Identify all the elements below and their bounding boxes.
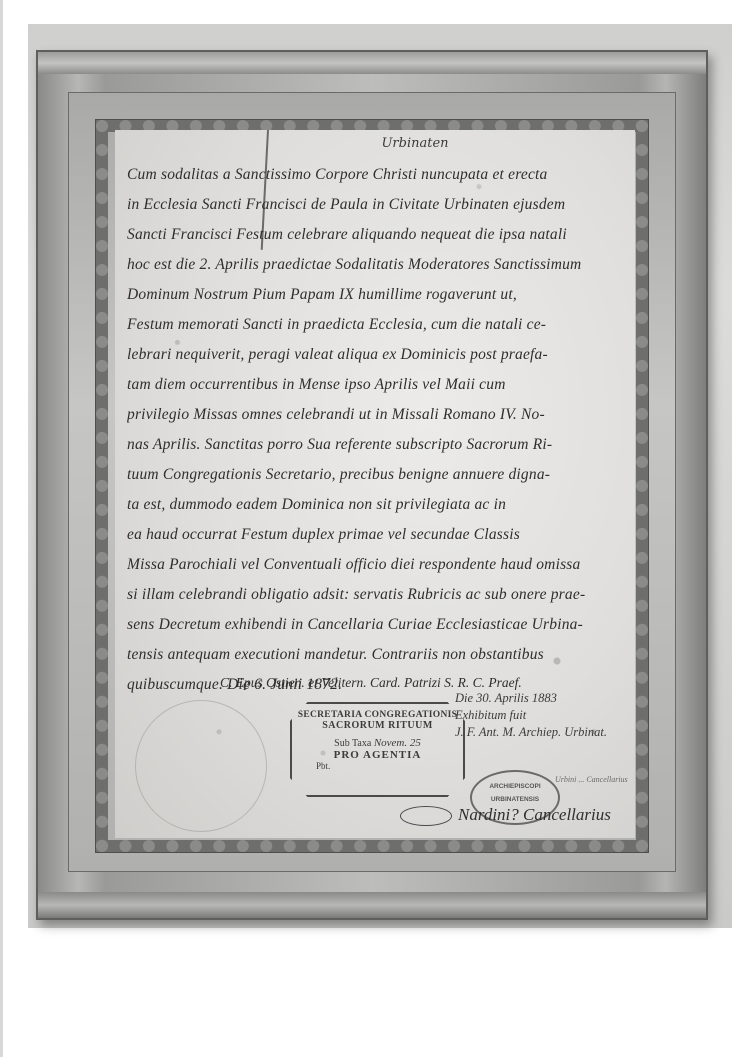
frame-bottom-molding <box>38 892 706 918</box>
frame-top-molding <box>38 52 706 74</box>
text-line: privilegio Missas omnes celebrandi ut in… <box>127 400 625 430</box>
document-heading: Urbinaten <box>115 136 635 151</box>
text-line: Festum memorati Sancti in praedicta Eccl… <box>127 310 625 340</box>
annotation-text: Exhibitum fuit <box>455 707 607 724</box>
text-line: Sancti Francisci Festum celebrare aliqua… <box>127 220 625 250</box>
signature-flourish-icon <box>400 806 452 826</box>
stamp-line-5: Pbt. <box>292 761 463 771</box>
faint-chancery-note: Urbini ... Cancellarius <box>555 775 628 784</box>
stamp-tax-label: Sub Taxa <box>334 738 371 749</box>
text-line: nas Aprilis. Sanctitas porro Sua referen… <box>127 430 625 460</box>
text-line: Missa Parochiali vel Conventuali officio… <box>127 550 625 580</box>
text-line: sens Decretum exhibendi in Cancellaria C… <box>127 610 625 640</box>
framed-decree-document: Urbinaten Cum sodalitas a Sanctissimo Co… <box>115 130 635 838</box>
stamp-handwritten-date: Novem. 25 <box>374 737 421 749</box>
page-edge <box>0 0 3 1057</box>
text-line: ea haud occurrat Festum duplex primae ve… <box>127 520 625 550</box>
stamp-line-1: SECRETARIA CONGREGATIONIS <box>292 710 463 720</box>
annotation-signer: J. F. Ant. M. Archiep. Urbinat. <box>455 724 607 741</box>
chancellor-signature: Nardini? Cancellarius <box>400 805 611 826</box>
text-line: Dominum Nostrum Pium Papam IX humillime … <box>127 280 625 310</box>
cardinal-signature: C. Epus Ostien. et Velitern. Card. Patri… <box>220 675 522 691</box>
text-line: tam diem occurrentibus in Mense ipso Apr… <box>127 370 625 400</box>
text-line: ta est, dummodo eadem Dominica non sit p… <box>127 490 625 520</box>
text-line: si illam celebrandi obligatio adsit: ser… <box>127 580 625 610</box>
text-line: tensis antequam executioni mandetur. Con… <box>127 640 625 670</box>
text-line: Cum sodalitas a Sanctissimo Corpore Chri… <box>127 160 625 190</box>
chancellor-signature-text: Nardini? Cancellarius <box>458 805 611 824</box>
oval-stamp-line-1: ARCHIEPISCOPI <box>472 782 558 792</box>
text-line: lebrari nequiverit, peragi valeat aliqua… <box>127 340 625 370</box>
exhibition-annotation: Die 30. Aprilis 1883 Exhibitum fuit J. F… <box>455 690 607 741</box>
decree-body: Cum sodalitas a Sanctissimo Corpore Chri… <box>127 160 625 700</box>
text-line: hoc est die 2. Aprilis praedictae Sodali… <box>127 250 625 280</box>
text-line: tuum Congregationis Secretario, precibus… <box>127 460 625 490</box>
stamp-line-3: Sub Taxa Novem. 25 <box>292 737 463 749</box>
stamp-line-2: SACRORUM RITUUM <box>292 720 463 731</box>
stamp-line-4: PRO AGENTIA <box>292 749 463 761</box>
embossed-seal <box>135 700 267 832</box>
annotation-date: Die 30. Aprilis 1883 <box>455 690 607 707</box>
text-line: in Ecclesia Sancti Francisci de Paula in… <box>127 190 625 220</box>
congregation-stamp: SECRETARIA CONGREGATIONIS SACRORUM RITUU… <box>290 702 465 797</box>
